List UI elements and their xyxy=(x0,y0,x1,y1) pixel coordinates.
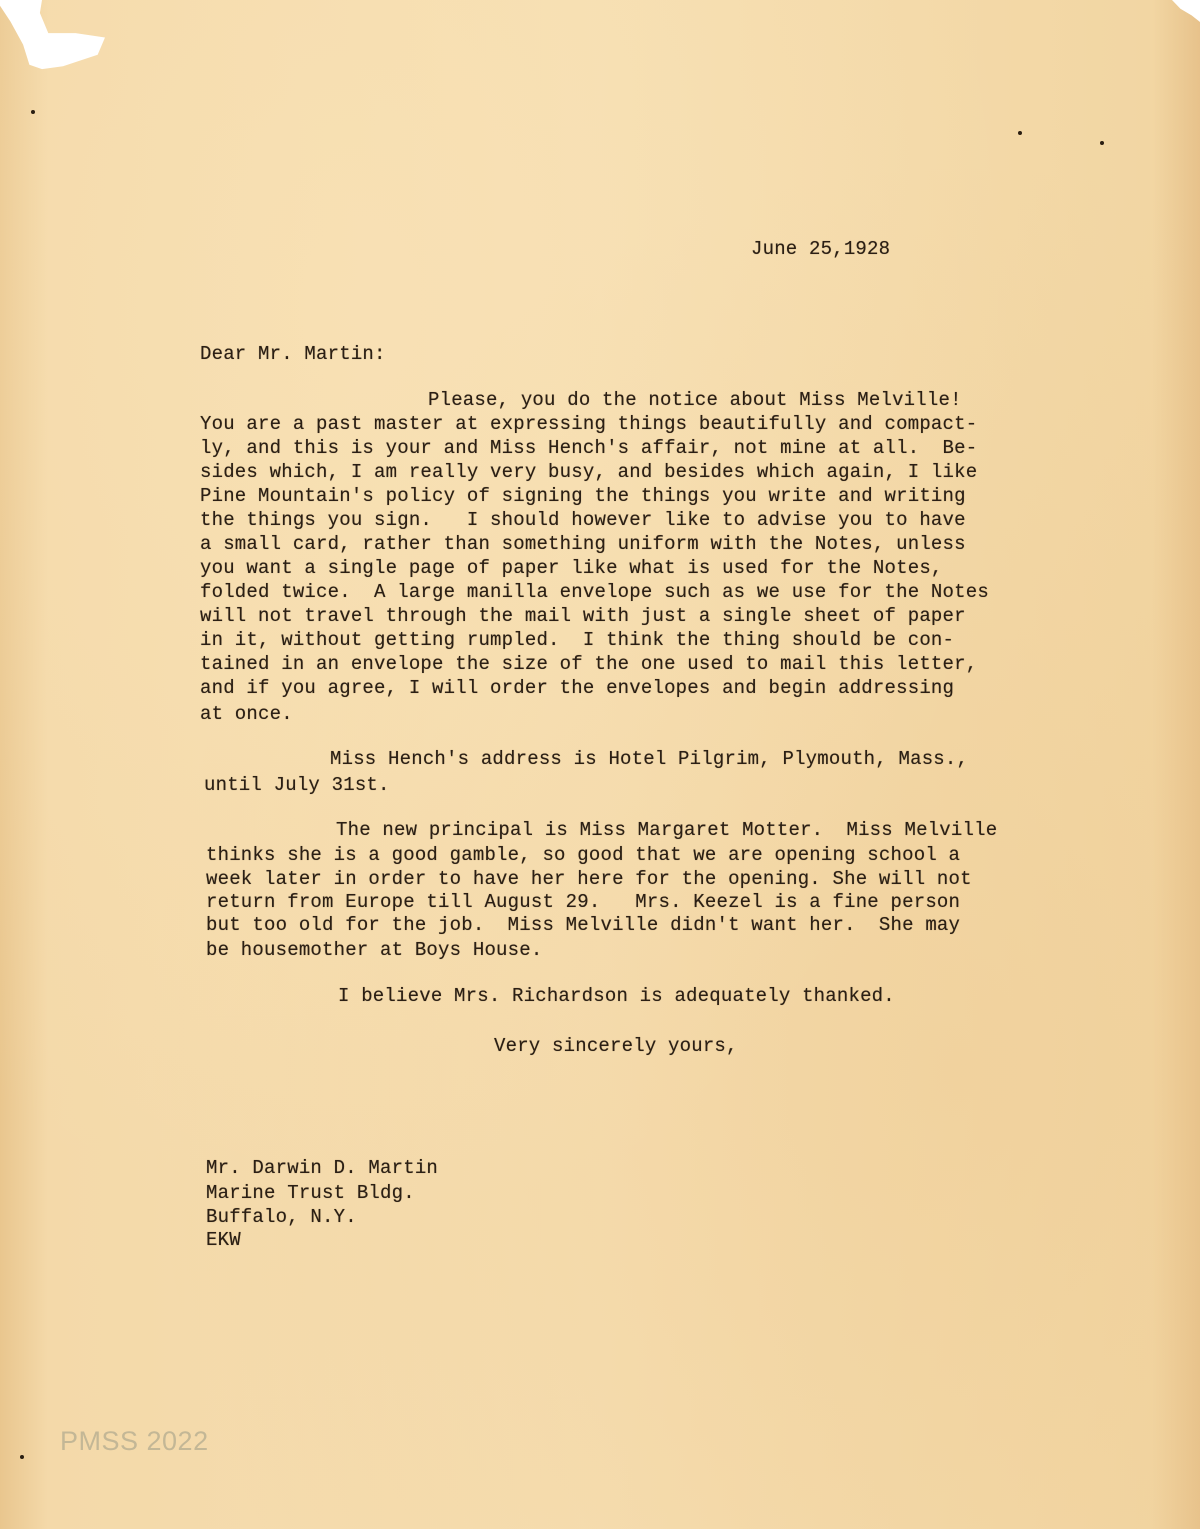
paragraph-line: in it, without getting rumpled. I think … xyxy=(200,628,954,652)
recipient-name: Mr. Darwin D. Martin xyxy=(206,1156,438,1180)
recipient-building: Marine Trust Bldg. xyxy=(206,1181,415,1205)
paragraph-line: at once. xyxy=(200,702,293,726)
torn-corner-top-right xyxy=(1172,0,1200,22)
paragraph-line: return from Europe till August 29. Mrs. … xyxy=(206,890,960,914)
paragraph-line: Miss Hench's address is Hotel Pilgrim, P… xyxy=(330,747,968,771)
paragraph-line: you want a single page of paper like wha… xyxy=(200,556,943,580)
paragraph-line: ly, and this is your and Miss Hench's af… xyxy=(200,436,977,460)
paragraph-line: will not travel through the mail with ju… xyxy=(200,604,966,628)
paper-speck xyxy=(31,110,35,114)
closing: Very sincerely yours, xyxy=(494,1034,738,1058)
paragraph-line: a small card, rather than something unif… xyxy=(200,532,966,556)
paragraph-line: Please, you do the notice about Miss Mel… xyxy=(428,388,962,412)
paragraph-line: until July 31st. xyxy=(204,773,390,797)
paper-speck xyxy=(1100,141,1104,145)
paper-speck xyxy=(20,1455,24,1459)
paragraph-line: but too old for the job. Miss Melville d… xyxy=(206,913,960,937)
paragraph-line: Pine Mountain's policy of signing the th… xyxy=(200,484,966,508)
paragraph-line: be housemother at Boys House. xyxy=(206,938,542,962)
paragraph-line: folded twice. A large manilla envelope s… xyxy=(200,580,989,604)
recipient-city: Buffalo, N.Y. xyxy=(206,1205,357,1229)
watermark: PMSS 2022 xyxy=(60,1426,209,1457)
paragraph-line: tained in an envelope the size of the on… xyxy=(200,652,977,676)
typist-initials: EKW xyxy=(206,1228,241,1252)
letter-page: June 25,1928 Dear Mr. Martin: Please, yo… xyxy=(0,0,1200,1529)
paper-speck xyxy=(1018,131,1022,135)
paragraph-line: week later in order to have her here for… xyxy=(206,867,972,891)
paragraph-line: I believe Mrs. Richardson is adequately … xyxy=(338,984,895,1008)
paragraph-line: sides which, I am really very busy, and … xyxy=(200,460,977,484)
salutation: Dear Mr. Martin: xyxy=(200,342,386,366)
paragraph-line: thinks she is a good gamble, so good tha… xyxy=(206,843,960,867)
paragraph-line: You are a past master at expressing thin… xyxy=(200,412,977,436)
paragraph-line: and if you agree, I will order the envel… xyxy=(200,676,954,700)
letter-date: June 25,1928 xyxy=(751,237,890,261)
torn-corner-top-left xyxy=(0,0,105,72)
paragraph-line: the things you sign. I should however li… xyxy=(200,508,966,532)
paragraph-line: The new principal is Miss Margaret Motte… xyxy=(336,818,997,842)
